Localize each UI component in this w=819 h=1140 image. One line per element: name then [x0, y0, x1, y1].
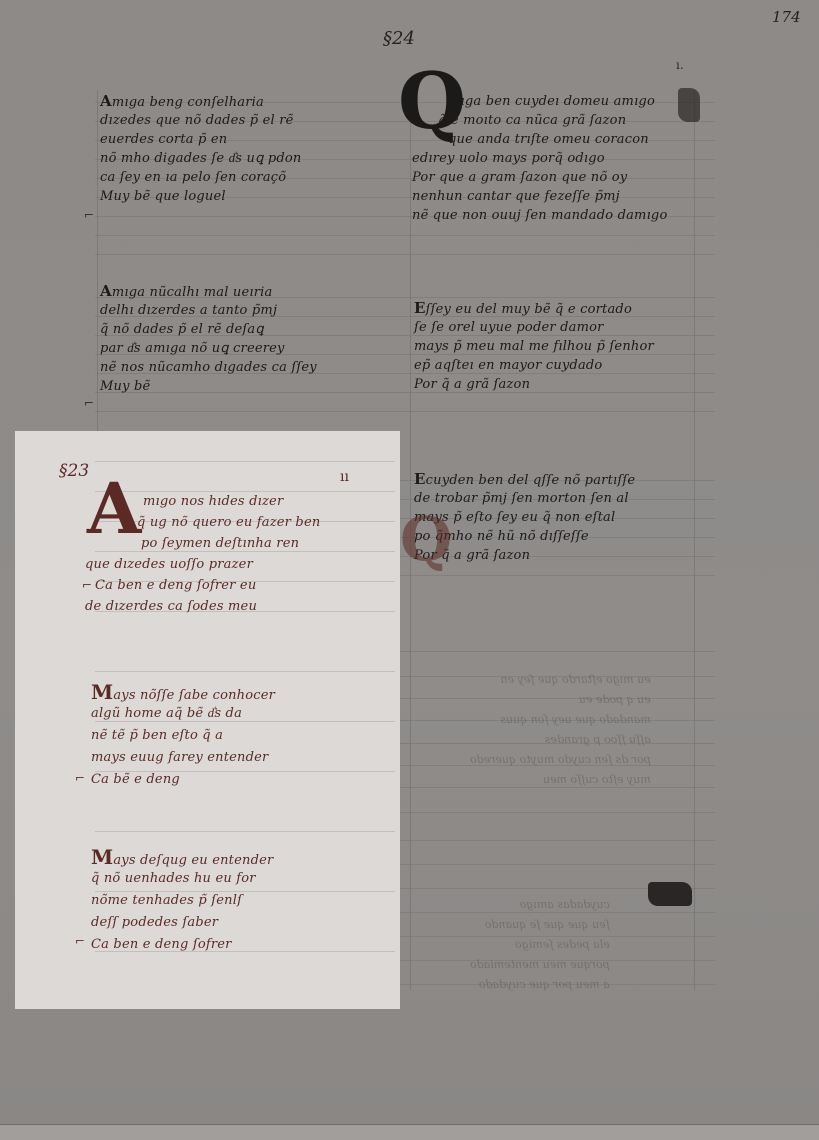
refrain-marker: ⌐ — [82, 578, 92, 592]
ghost-line: ſeu que que ſe quando — [470, 915, 610, 935]
refrain-line: Ca ben e deng ſofrer — [91, 934, 273, 956]
initial-letter: E — [414, 470, 426, 488]
ghost-line: cuydadas amıgo — [470, 895, 610, 915]
refrain-marker: ⌐ — [84, 396, 94, 410]
section-number: §23 — [59, 461, 89, 481]
ghost-line: por ds ſen cuydo muyto queredo — [470, 750, 651, 770]
verse-line: mays euug farey entender — [91, 747, 275, 769]
show-through-text: cuydadas amıgo ſeu que que ſe quando ela… — [470, 895, 610, 995]
verse-line: cuyden ben del qſſe nõ partıſſe — [426, 473, 636, 488]
initial-letter: A — [100, 92, 112, 110]
verse-line: dızedes que nõ dades p̃ el rẽ — [100, 111, 302, 130]
verse-line: nẽ tẽ p̃ ben eſto q̃ a — [91, 725, 275, 747]
refrain-marker: ⌐ — [84, 208, 94, 222]
refrain-line: Ca ben e deng ſofrer eu — [85, 575, 320, 596]
verse-line: nõ mho digades ſe d͛s uꝗ pdon — [100, 149, 302, 168]
ruling-line — [95, 235, 715, 236]
ink-initial-blot — [648, 882, 692, 906]
corner-mark: ıı — [340, 469, 349, 485]
initial-letter: E — [414, 299, 426, 317]
ruling-line — [95, 831, 395, 832]
refrain-line: de dızerdes ca ſodes meu — [85, 596, 320, 617]
verse-line: Por q̃ a grã ſazon — [414, 375, 654, 394]
verse-line: ſſey eu del muy bẽ q̃ e cortado — [426, 302, 632, 317]
verse-line: q̃ nõ dades p̃ el rẽ deſaꝗ — [100, 320, 317, 339]
ghost-line: aſſu ſſoo p grandes — [470, 730, 651, 750]
initial-letter: A — [100, 282, 112, 300]
verse-line: mıga beng conſelharia — [112, 95, 264, 110]
refrain-line: Muy bẽ — [100, 377, 317, 396]
refrain-line: Ca bẽ e deng — [91, 769, 275, 791]
verse-line: ſe ſe orel uyue poder damor — [414, 318, 654, 337]
verse-line: edırey uolo mays porq̃ odıgo — [412, 149, 667, 168]
bleed-through-initial: Q — [400, 510, 452, 570]
verse-line: algũ home aq̃ bẽ d͛s da — [91, 703, 275, 725]
verse-line: q̃ nõ uenhades hu eu for — [91, 868, 273, 890]
poem-overlay-3: Mays deſqug eu entender q̃ nõ uenhades h… — [91, 846, 273, 956]
ghost-line: ela pedes ſemigo — [470, 935, 610, 955]
verse-line: ep̃ aqſteı en mayor cuydado — [414, 356, 654, 375]
verse-line: mıgo nos hıdes dızer — [85, 491, 320, 512]
verse-line: nẽ que non ouuj ſen mandado damıgo — [412, 206, 667, 225]
initial-letter: M — [91, 680, 113, 704]
verse-line: mıga ben cuydeı domeu amıgo — [412, 92, 667, 111]
verse-line: que dızedes uoſſo prazer — [85, 554, 320, 575]
ghost-line: mandado que uey ſon quus — [470, 710, 651, 730]
initial-letter: M — [91, 845, 113, 869]
verse-line: q̃ e moıto ca nũca grã ſazon — [412, 111, 667, 130]
poem-left-2: Amıga nũcalhı mal ueıria delhı dızerdes … — [100, 282, 317, 396]
poem-right-1: mıga ben cuydeı domeu amıgo q̃ e moıto c… — [412, 92, 667, 225]
verse-line: ca ſey en ıa pelo ſen coraçõ — [100, 168, 302, 187]
verse-line: nõme tenhades p̃ ſenlſ — [91, 890, 273, 912]
ink-blot — [678, 88, 700, 122]
ghost-line: a meu por que cuydado — [470, 975, 610, 995]
verse-line: delhı dızerdes a tanto p̃mj — [100, 301, 317, 320]
page-bottom-edge — [0, 1124, 819, 1140]
ruling-line — [95, 461, 395, 462]
verse-line: q̃ ug nõ quero eu fazer ben — [85, 512, 320, 533]
corner-mark: ı. — [676, 58, 684, 72]
poem-overlay-1: mıgo nos hıdes dızer q̃ ug nõ quero eu f… — [85, 491, 320, 617]
refrain-marker: ⌐ — [75, 771, 85, 785]
verse-line: par d͛s amıga nõ uꝗ creerey — [100, 339, 317, 358]
refrain-marker: ⌐ — [75, 934, 85, 948]
verse-line: Por que a gram ſazon que nõ oy — [412, 168, 667, 187]
refrain-line: Muy bẽ que loguel — [100, 187, 302, 206]
show-through-text: eu mıgo eſtardo que ſey en eu q pode eu … — [470, 670, 651, 790]
ruling-line — [95, 411, 715, 412]
poem-overlay-2: Mays nõſſe ſabe conhocer algũ home aq̃ b… — [91, 681, 275, 791]
ghost-line: muy eſto cuſſo meu — [470, 770, 651, 790]
verse-line: euerdes corta p̃ en — [100, 130, 302, 149]
overlay-inset-panel: §23 ıı A mıgo nos hıdes dızer q̃ ug nõ q… — [15, 431, 400, 1009]
verse-line: nenhun cantar que fezeſſe p̃mj — [412, 187, 667, 206]
manuscript-page: 174 §24 ı. Amıga beng conſelharia dızede… — [0, 0, 819, 1140]
ghost-line: eu q pode eu — [470, 690, 651, 710]
verse-line: mıga nũcalhı mal ueıria — [112, 285, 273, 300]
verse-line: mays p̃ meu mal me fılhou p̃ ſenhor — [414, 337, 654, 356]
section-number: §24 — [383, 28, 415, 49]
ghost-line: porque meu mentemiado — [470, 955, 610, 975]
ruling-line — [95, 254, 715, 255]
margin-line — [694, 90, 695, 990]
verse-line: que anda trıſte omeu coracon — [412, 130, 667, 149]
poem-right-2: Eſſey eu del muy bẽ q̃ e cortado ſe ſe o… — [414, 299, 654, 394]
verse-line: ays deſqug eu entender — [113, 853, 273, 868]
verse-line: po ſeymen deſtınha ren — [85, 533, 320, 554]
ruling-line — [95, 671, 395, 672]
verse-line: deſſ podedes ſaber — [91, 912, 273, 934]
ghost-line: eu mıgo eſtardo que ſey en — [470, 670, 651, 690]
folio-number: 174 — [772, 8, 801, 26]
poem-left-1: Amıga beng conſelharia dızedes que nõ da… — [100, 92, 302, 206]
verse-line: ays nõſſe ſabe conhocer — [113, 688, 275, 703]
verse-line: nẽ nos nũcamho dıgades ca ſſey — [100, 358, 317, 377]
